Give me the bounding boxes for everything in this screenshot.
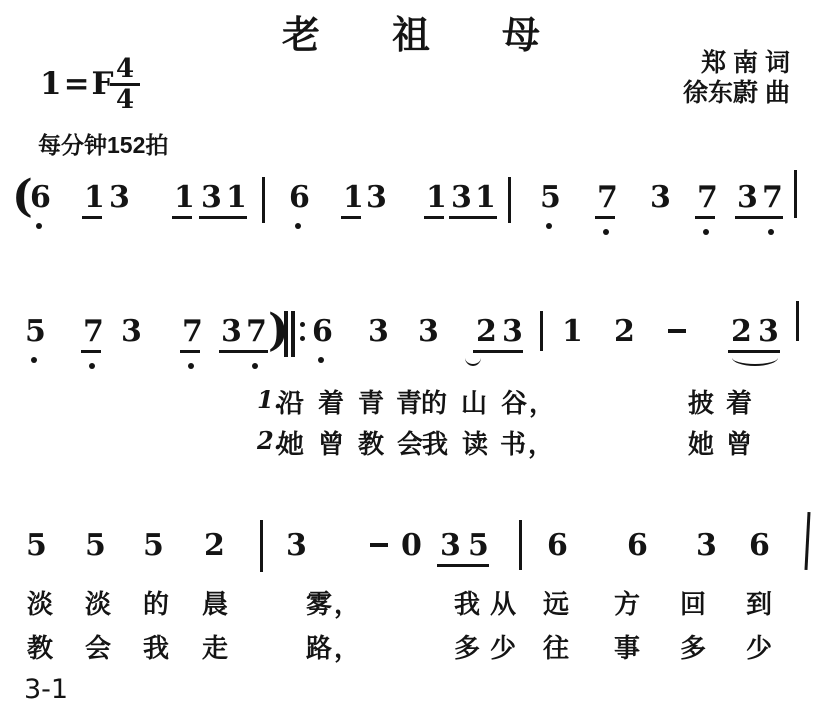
note-digit: 3	[451, 180, 473, 215]
octave-dot	[603, 229, 609, 235]
note-digit: 3	[650, 180, 672, 215]
lyric-text: 会	[85, 628, 113, 665]
note-digit: 3	[366, 180, 388, 215]
note-digit: 6	[749, 528, 771, 563]
lyric-text: 山	[461, 383, 489, 420]
beam-line	[449, 216, 497, 219]
note-digit: 5	[468, 528, 490, 563]
repeat-dot	[300, 336, 305, 341]
eighth-underline	[180, 350, 200, 353]
key-signature: 1=F	[40, 66, 116, 102]
note-digit: 1	[475, 180, 497, 215]
lyric-text: 披	[688, 383, 716, 420]
lyric-text: 教	[358, 424, 386, 461]
octave-dot	[31, 357, 37, 363]
eighth-underline	[82, 216, 102, 219]
lyric-text: 曾	[726, 424, 754, 461]
composer-credit: 徐东蔚 曲	[683, 78, 790, 108]
note-digit: 6	[289, 180, 311, 215]
repeat-dot	[300, 322, 305, 327]
tempo-marking: 每分钟152拍	[38, 127, 168, 160]
barline	[540, 311, 543, 351]
note-digit: 3	[368, 314, 390, 349]
dash-note	[370, 543, 388, 547]
octave-dot	[318, 357, 324, 363]
credits: 郑 南 词 徐东蔚 曲	[683, 48, 790, 108]
note-digit: 3	[440, 528, 462, 563]
eighth-underline	[695, 216, 715, 219]
lyric-text: 我	[422, 424, 450, 461]
note-digit: 3	[121, 314, 143, 349]
begin-repeat-sign	[284, 314, 308, 360]
lyric-text: 往	[543, 628, 571, 665]
sheet-music-page: 老祖母 郑 南 词 徐东蔚 曲 1=F 4 4 每分钟152拍 (6131316…	[0, 0, 820, 710]
note-digit: 7	[246, 314, 268, 349]
beam-line	[735, 216, 783, 219]
lyric-text: 远	[543, 584, 571, 621]
lyric-text: 青	[358, 383, 386, 420]
lyric-text: 她	[688, 424, 716, 461]
note-digit: 7	[182, 314, 204, 349]
barline	[519, 520, 522, 570]
eighth-underline	[424, 216, 444, 219]
note-digit: 3	[758, 314, 780, 349]
lyric-text: 晨	[202, 584, 230, 621]
barline	[796, 301, 799, 341]
note-digit: 7	[762, 180, 784, 215]
slur-mark	[465, 356, 481, 366]
time-signature: 4 4	[110, 56, 140, 113]
beam-line	[437, 564, 489, 567]
barline	[804, 512, 810, 570]
repeat-bar-thick	[291, 311, 295, 357]
note-digit: 1	[226, 180, 248, 215]
barline	[262, 177, 265, 223]
barline	[508, 177, 511, 223]
note-digit: 2	[731, 314, 753, 349]
octave-dot	[188, 363, 194, 369]
note-digit: 5	[85, 528, 107, 563]
note-digit: 7	[83, 314, 105, 349]
note-digit: 1	[426, 180, 448, 215]
octave-dot	[768, 229, 774, 235]
note-digit: 5	[25, 314, 47, 349]
lyric-text: 少	[746, 628, 774, 665]
note-digit: 3	[221, 314, 243, 349]
note-digit: 3	[201, 180, 223, 215]
lyric-text: 着	[726, 383, 754, 420]
lyric-text: 到	[746, 584, 774, 621]
note-digit: 3	[286, 528, 308, 563]
note-digit: 6	[312, 314, 334, 349]
note-digit: 3	[418, 314, 440, 349]
song-title: 老祖母	[282, 4, 612, 59]
eighth-underline	[172, 216, 192, 219]
lyric-text: 从	[490, 584, 518, 621]
time-signature-numerator: 4	[110, 56, 140, 82]
page-number: 3-1	[24, 674, 68, 705]
lyric-text: 她	[278, 424, 306, 461]
eighth-underline	[341, 216, 361, 219]
eighth-underline	[595, 216, 615, 219]
lyric-text: 的	[421, 383, 449, 420]
octave-dot	[546, 223, 552, 229]
lyric-text: 少	[490, 628, 518, 665]
note-digit: 3	[696, 528, 718, 563]
note-digit: 5	[540, 180, 562, 215]
lyric-text: 教	[27, 628, 55, 665]
note-digit: 3	[502, 314, 524, 349]
note-digit: 2	[614, 314, 636, 349]
note-digit: 2	[476, 314, 498, 349]
barline	[794, 170, 797, 218]
lyric-text: 书，	[500, 424, 556, 461]
octave-dot	[252, 363, 258, 369]
note-digit: 7	[597, 180, 619, 215]
slur-mark	[732, 356, 778, 366]
lyric-text: 事	[614, 628, 642, 665]
beam-line	[473, 350, 523, 353]
beam-line	[728, 350, 780, 353]
lyric-text: 我	[143, 628, 171, 665]
note-digit: 2	[204, 528, 226, 563]
barline	[260, 520, 263, 572]
note-digit: 7	[697, 180, 719, 215]
note-digit: 1	[343, 180, 365, 215]
lyric-text: 谷，	[501, 383, 557, 420]
lyric-text: 沿	[278, 383, 306, 420]
lyric-text: 曾	[318, 424, 346, 461]
note-digit: 6	[30, 180, 52, 215]
lyric-text: 淡	[85, 584, 113, 621]
dash-note	[668, 329, 686, 333]
lyric-text: 走	[202, 628, 230, 665]
eighth-underline	[81, 350, 101, 353]
note-digit: 0	[401, 528, 423, 563]
note-digit: 5	[143, 528, 165, 563]
lyric-text: 的	[143, 584, 171, 621]
note-digit: 6	[547, 528, 569, 563]
lyric-text: 回	[680, 584, 708, 621]
note-digit: 1	[562, 314, 584, 349]
lyric-text: 淡	[27, 584, 55, 621]
note-digit: 3	[737, 180, 759, 215]
lyric-text: 青	[396, 383, 424, 420]
note-digit: 1	[174, 180, 196, 215]
octave-dot	[36, 223, 42, 229]
octave-dot	[295, 223, 301, 229]
lyric-text: 会	[397, 424, 425, 461]
lyric-text: 路，	[306, 628, 362, 665]
lyric-text: 方	[614, 584, 642, 621]
lyric-text: 我	[454, 584, 482, 621]
note-digit: 5	[26, 528, 48, 563]
lyric-text: 着	[318, 383, 346, 420]
repeat-bar-thick	[284, 311, 288, 357]
octave-dot	[703, 229, 709, 235]
octave-dot	[89, 363, 95, 369]
note-digit: 1	[84, 180, 106, 215]
lyricist-credit: 郑 南 词	[683, 48, 790, 78]
beam-line	[219, 350, 268, 353]
time-signature-denominator: 4	[110, 87, 140, 113]
lyric-text: 读	[462, 424, 490, 461]
note-digit: 3	[109, 180, 131, 215]
lyric-text: 雾，	[306, 584, 362, 621]
beam-line	[199, 216, 247, 219]
lyric-text: 多	[680, 628, 708, 665]
note-digit: 6	[627, 528, 649, 563]
lyric-text: 多	[454, 628, 482, 665]
